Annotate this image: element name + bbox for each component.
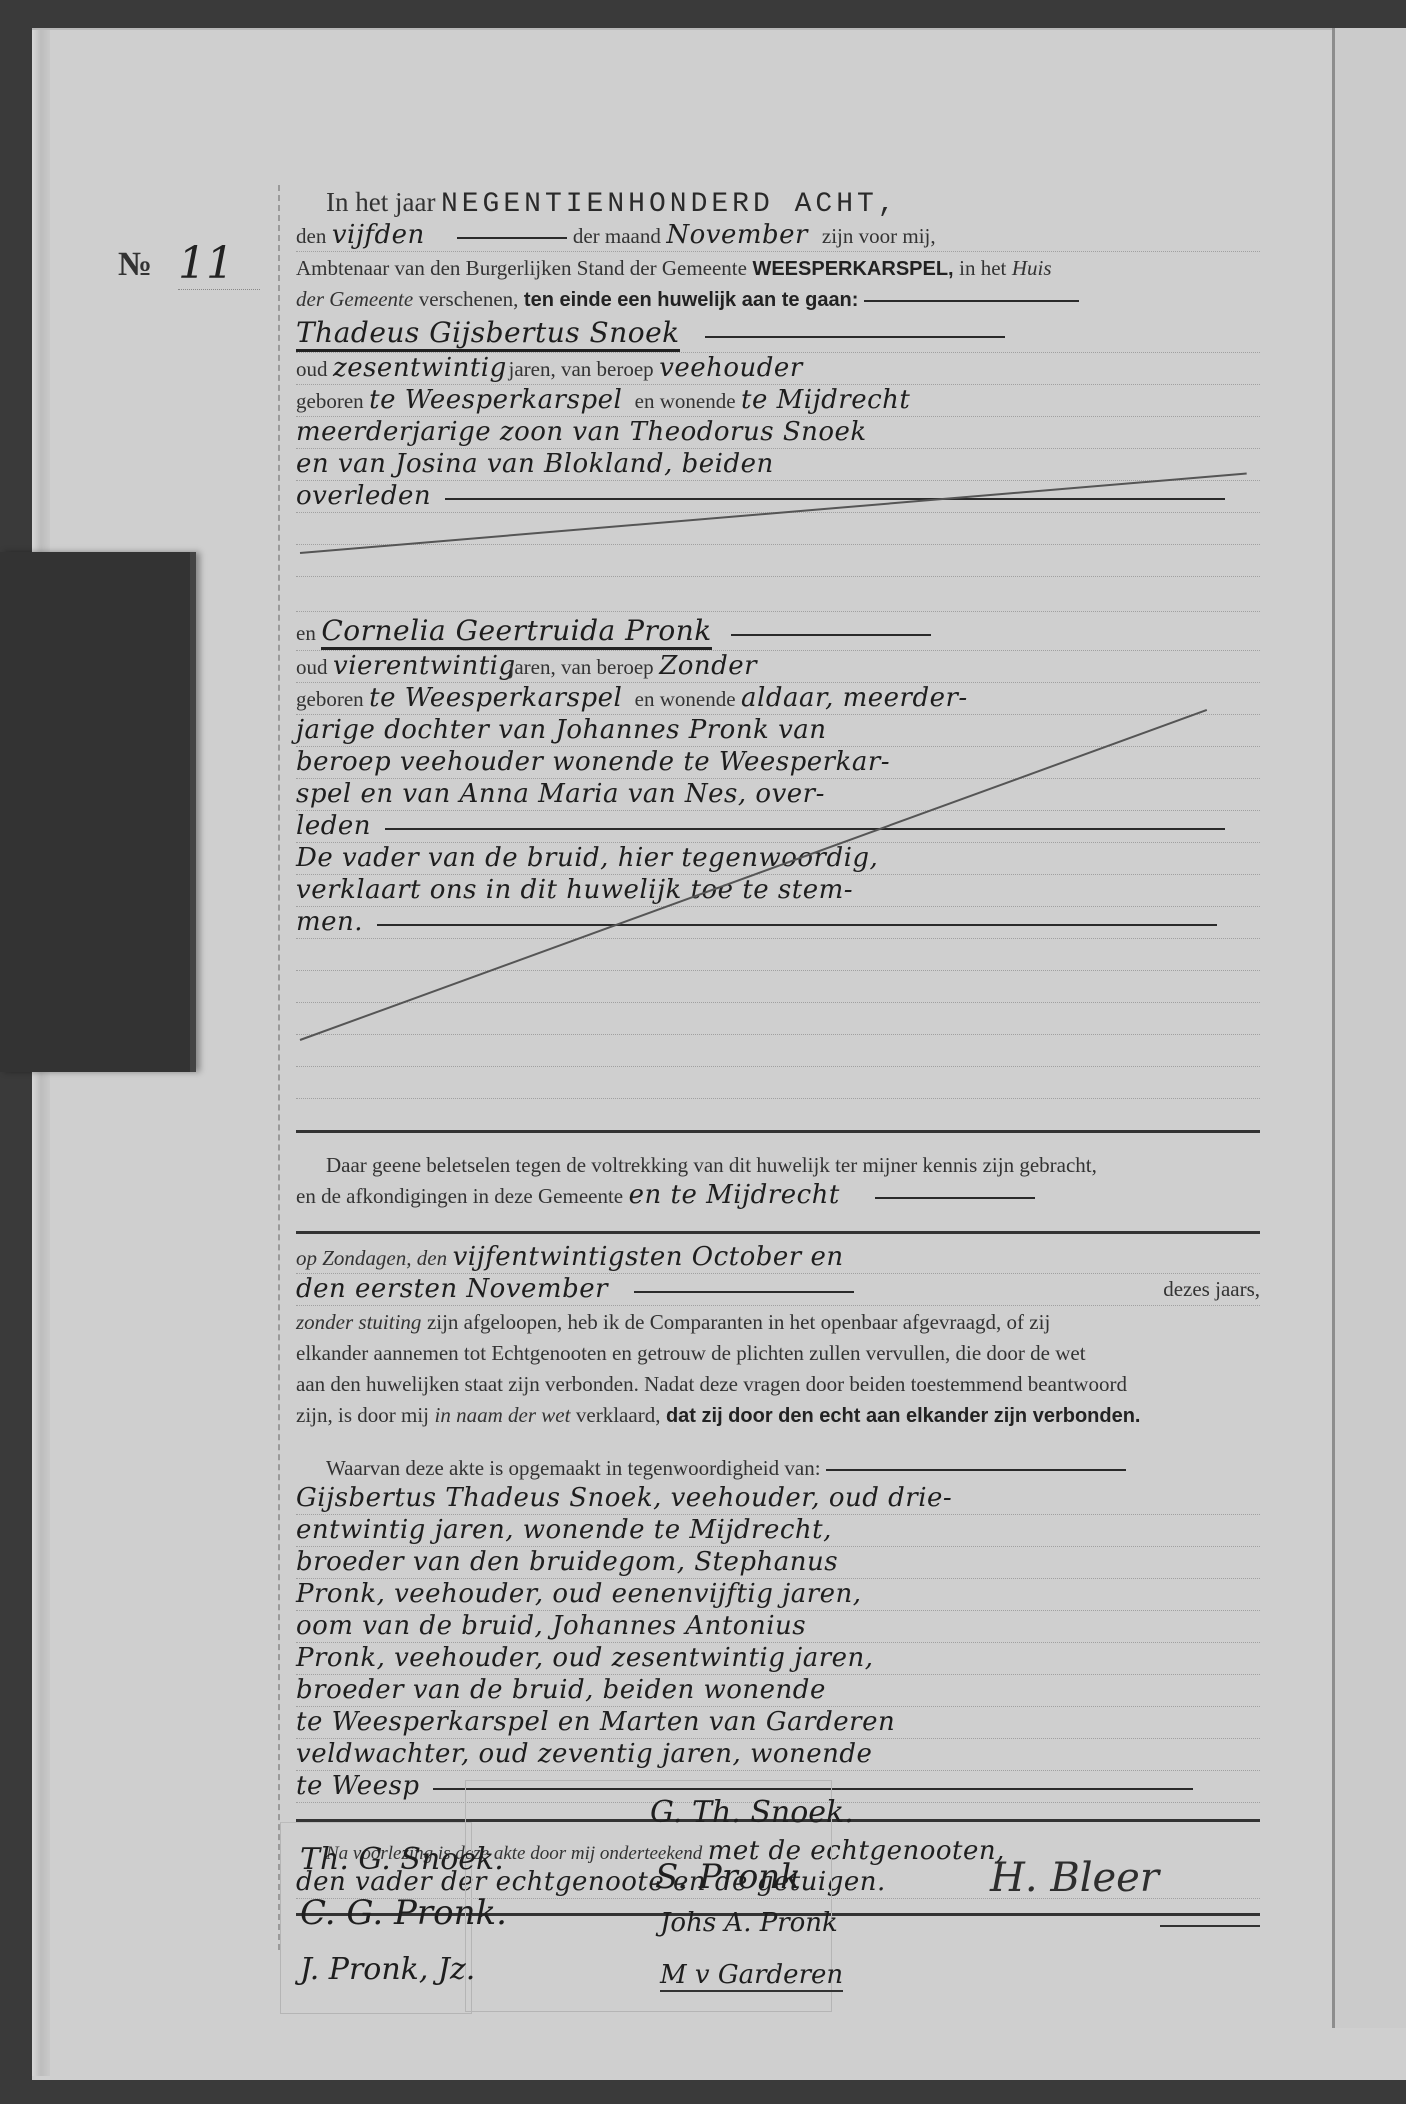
acte-number-label: № xyxy=(118,246,152,284)
certificate-body: In het jaar NEGENTIENHONDERD ACHT, den v… xyxy=(296,180,1260,1916)
bride-note-line: leden xyxy=(296,811,1260,843)
groom-birth-line: geboren te Weesperkarspel en wonende te … xyxy=(296,385,1260,417)
witness-line: Pronk, veehouder, oud zesentwintig jaren… xyxy=(296,1643,1260,1675)
bride-residence: aldaar, meerder- xyxy=(741,683,968,713)
groom-note-line: meerderjarige zoon van Theodorus Snoek xyxy=(296,417,1260,449)
bride-birthplace: te Weesperkarspel xyxy=(369,683,629,714)
signature-witness-1: G. Th. Snoek. xyxy=(650,1795,854,1830)
header-line-2: den vijfden der maand November zijn voor… xyxy=(296,220,1260,252)
signature-witness-3: Johs A. Pronk xyxy=(660,1908,838,1938)
bride-age-line: oud vierentwintig jaren, van beroep Zond… xyxy=(296,651,1260,683)
groom-name: Thadeus Gijsbertus Snoek xyxy=(296,316,680,352)
bride-name-line: en Cornelia Geertruida Pronk xyxy=(296,612,1260,651)
margin-rule xyxy=(278,185,280,1950)
sundays-line: op Zondagen, den vijfentwintigsten Octob… xyxy=(296,1242,1260,1274)
bride-birth-line: geboren te Weesperkarspel en wonende ald… xyxy=(296,683,1260,715)
bride-note-line: beroep veehouder wonende te Weesperkar- xyxy=(296,747,1260,779)
groom-residence: te Mijdrecht xyxy=(741,385,910,415)
bride-note-line: spel en van Anna Maria van Nes, over- xyxy=(296,779,1260,811)
witness-line: veldwachter, oud zeventig jaren, wonende xyxy=(296,1739,1260,1771)
signature-witness-2: S. Pronk xyxy=(655,1857,801,1897)
header-line-1: In het jaar NEGENTIENHONDERD ACHT, xyxy=(296,180,1260,220)
signature-official: H. Bleer xyxy=(990,1855,1159,1901)
year-words: NEGENTIENHONDERD ACHT, xyxy=(441,189,899,220)
groom-note-line: overleden xyxy=(296,481,1260,513)
witness-line: broeder van den bruidegom, Stephanus xyxy=(296,1547,1260,1579)
declaration: dat zij door den echt aan elkander zijn … xyxy=(666,1405,1141,1427)
bride-note-line: verklaart ons in dit huwelijk toe te ste… xyxy=(296,875,1260,907)
bride-occupation: Zonder xyxy=(659,651,859,682)
publication-line: en de afkondigingen in deze Gemeente en … xyxy=(296,1180,1260,1211)
signature-groom: Th. G. Snoek. xyxy=(300,1842,504,1877)
month-handwritten: November xyxy=(666,220,816,251)
signature-witness-4: M v Garderen xyxy=(660,1960,843,1992)
book-binding-tab xyxy=(0,552,196,1072)
acte-number: 11 xyxy=(178,238,260,290)
publication-dates-2: den eersten November xyxy=(296,1274,608,1304)
publication-dates-1: vijfentwintigsten October en xyxy=(453,1242,844,1272)
witness-line: Gijsbertus Thadeus Snoek, veehouder, oud… xyxy=(296,1483,1260,1515)
bride-note-line: men. xyxy=(296,907,1260,939)
bride-age: vierentwintig xyxy=(333,651,503,682)
adjacent-page-edge xyxy=(1332,28,1406,2028)
bride-name: Cornelia Geertruida Pronk xyxy=(321,614,711,650)
witness-line: te Weesperkarspel en Marten van Garderen xyxy=(296,1707,1260,1739)
body-paragraph-1: Daar geene beletselen tegen de voltrekki… xyxy=(296,1149,1260,1180)
municipality: WEESPERKARSPEL, xyxy=(752,258,953,280)
witness-line: broeder van de bruid, beiden wonende xyxy=(296,1675,1260,1707)
publication-place: en te Mijdrecht xyxy=(629,1180,840,1210)
sundays-line-2: den eersten November dezes jaars, xyxy=(296,1274,1260,1306)
groom-age-line: oud zesentwintig jaren, van beroep veeho… xyxy=(296,353,1260,385)
day-handwritten: vijfden xyxy=(332,220,452,251)
witness-line: Pronk, veehouder, oud eenenvijftig jaren… xyxy=(296,1579,1260,1611)
header-line-4: der Gemeente verschenen, ten einde een h… xyxy=(296,283,1260,314)
witness-line: oom van de bruid, Johannes Antonius xyxy=(296,1611,1260,1643)
groom-occupation: veehouder xyxy=(659,353,889,384)
groom-note-line: en van Josina van Blokland, beiden xyxy=(296,449,1260,481)
header-line-3: Ambtenaar van den Burgerlijken Stand der… xyxy=(296,252,1260,283)
bride-note-line: De vader van de bruid, hier tegenwoordig… xyxy=(296,843,1260,875)
witness-line: entwintig jaren, wonende te Mijdrecht, xyxy=(296,1515,1260,1547)
witnesses-intro: Waarvan deze akte is opgemaakt in tegenw… xyxy=(296,1452,1260,1483)
groom-age: zesentwintig xyxy=(333,353,503,384)
signature-father: J. Pronk, Jz. xyxy=(300,1952,475,1987)
groom-name-line: Thadeus Gijsbertus Snoek xyxy=(296,314,1260,353)
groom-birthplace: te Weesperkarspel xyxy=(369,385,629,416)
signature-bride: C. G. Pronk. xyxy=(300,1893,507,1933)
